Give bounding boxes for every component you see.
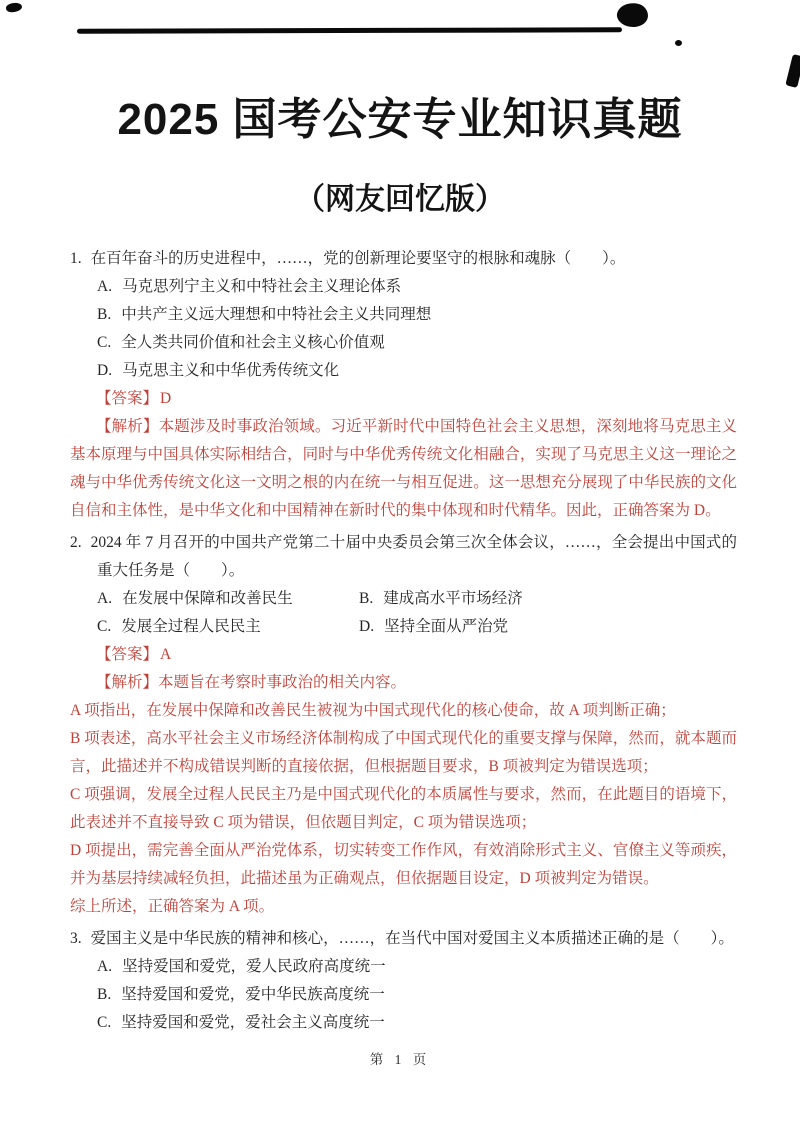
option-label: C.	[97, 1014, 111, 1031]
question-3: 3.爱国主义是中华民族的精神和核心，……，在当代中国对爱国主义本质描述正确的是（…	[70, 925, 737, 1037]
option-label: A.	[97, 590, 112, 607]
option-label: B.	[97, 986, 111, 1003]
question-2-analysis-conclusion: 综上所述，正确答案为 A 项。	[70, 893, 737, 921]
question-2-number: 2.	[70, 534, 82, 551]
analysis-text: 本题涉及时事政治领域。习近平新时代中国特色社会主义思想，深刻地将马克思主义基本原…	[70, 418, 737, 519]
scan-artifact-dot	[675, 40, 682, 46]
question-2-stem-text: 2024 年 7 月召开的中国共产党第二十届中央委员会第三次全体会议，……，全会…	[91, 534, 737, 579]
analysis-label: 【解析】	[96, 418, 159, 435]
option-text: 坚持爱国和爱党，爱中华民族高度统一	[121, 986, 385, 1003]
scan-artifact-edge	[785, 54, 800, 88]
question-3-option-b: B.坚持爱国和爱党，爱中华民族高度统一	[97, 981, 737, 1009]
answer-label: 【答案】	[96, 390, 158, 407]
answer-label: 【答案】	[96, 646, 158, 663]
scan-artifact-streak	[77, 27, 622, 33]
option-text: 在发展中保障和改善民生	[122, 590, 293, 607]
option-text: 中共产主义远大理想和中特社会主义共同理想	[121, 306, 431, 323]
question-2-option-a: A.在发展中保障和改善民生	[97, 585, 359, 613]
page-title: 2025 国考公安专业知识真题	[0, 92, 800, 148]
question-1: 1.在百年奋斗的历史进程中，……，党的创新理论要坚守的根脉和魂脉（ ）。 A.马…	[70, 245, 737, 525]
option-label: D.	[97, 362, 112, 379]
question-2-option-b: B.建成高水平市场经济	[359, 585, 523, 613]
option-label: C.	[97, 334, 111, 351]
question-2-analysis-point-a: A 项指出，在发展中保障和改善民生被视为中国式现代化的核心使命，故 A 项判断正…	[70, 697, 737, 725]
option-text: 发展全过程人民民主	[121, 618, 261, 635]
option-text: 全人类共同价值和社会主义核心价值观	[121, 334, 385, 351]
footer-page-number: 第 1 页	[0, 1048, 800, 1068]
option-text: 坚持爱国和爱党，爱社会主义高度统一	[121, 1014, 385, 1031]
analysis-text: 本题旨在考察时事政治的相关内容。	[158, 674, 406, 691]
question-1-number: 1.	[70, 250, 82, 267]
question-1-option-a: A.马克思列宁主义和中特社会主义理论体系	[97, 273, 737, 301]
question-3-stem-text: 爱国主义是中华民族的精神和核心，……，在当代中国对爱国主义本质描述正确的是（ ）…	[91, 930, 734, 947]
document-page: 2025 国考公安专业知识真题 （网友回忆版） 1.在百年奋斗的历史进程中，………	[0, 0, 800, 1132]
question-2-answer-line: 【答案】A	[70, 641, 737, 669]
option-text: 坚持全面从严治党	[384, 618, 508, 635]
question-3-stem: 3.爱国主义是中华民族的精神和核心，……，在当代中国对爱国主义本质描述正确的是（…	[70, 925, 737, 953]
option-label: C.	[97, 618, 111, 635]
question-2-options: A.在发展中保障和改善民生 B.建成高水平市场经济 C.发展全过程人民民主 D.…	[97, 585, 737, 641]
answer-value: D	[160, 390, 171, 407]
page-subtitle: （网友回忆版）	[0, 180, 800, 220]
question-3-option-a: A.坚持爱国和爱党，爱人民政府高度统一	[97, 953, 737, 981]
question-1-option-b: B.中共产主义远大理想和中特社会主义共同理想	[97, 301, 737, 329]
document-body: 1.在百年奋斗的历史进程中，……，党的创新理论要坚守的根脉和魂脉（ ）。 A.马…	[70, 245, 737, 1037]
scan-artifact-blob	[615, 1, 649, 29]
question-3-option-c: C.坚持爱国和爱党，爱社会主义高度统一	[97, 1009, 737, 1037]
question-3-number: 3.	[70, 930, 82, 947]
option-label: B.	[359, 590, 373, 607]
option-text: 坚持爱国和爱党，爱人民政府高度统一	[122, 958, 386, 975]
question-2-analysis-point-d: D 项提出，需完善全面从严治党体系，切实转变工作作风，有效消除形式主义、官僚主义…	[70, 837, 737, 893]
answer-value: A	[160, 646, 171, 663]
question-1-analysis: 【解析】本题涉及时事政治领域。习近平新时代中国特色社会主义思想，深刻地将马克思主…	[70, 413, 737, 525]
option-text: 建成高水平市场经济	[383, 590, 523, 607]
option-label: D.	[359, 618, 374, 635]
scan-artifact-corner	[5, 2, 22, 14]
question-2-analysis-point-c: C 项强调，发展全过程人民民主乃是中国式现代化的本质属性与要求，然而，在此题目的…	[70, 781, 737, 837]
question-2-analysis-point-b: B 项表述，高水平社会主义市场经济体制构成了中国式现代化的重要支撑与保障，然而，…	[70, 725, 737, 781]
question-1-stem: 1.在百年奋斗的历史进程中，……，党的创新理论要坚守的根脉和魂脉（ ）。	[70, 245, 737, 273]
question-1-stem-text: 在百年奋斗的历史进程中，……，党的创新理论要坚守的根脉和魂脉（ ）。	[91, 250, 626, 267]
question-2-stem: 2.2024 年 7 月召开的中国共产党第二十届中央委员会第三次全体会议，……，…	[70, 529, 737, 585]
option-label: A.	[97, 958, 112, 975]
question-1-option-d: D.马克思主义和中华优秀传统文化	[97, 357, 737, 385]
question-2-option-d: D.坚持全面从严治党	[359, 613, 523, 641]
question-2-option-c: C.发展全过程人民民主	[97, 613, 359, 641]
question-2-analysis-intro: 【解析】本题旨在考察时事政治的相关内容。	[70, 669, 737, 697]
question-1-option-c: C.全人类共同价值和社会主义核心价值观	[97, 329, 737, 357]
question-1-answer-line: 【答案】D	[70, 385, 737, 413]
option-label: B.	[97, 306, 111, 323]
question-2: 2.2024 年 7 月召开的中国共产党第二十届中央委员会第三次全体会议，……，…	[70, 529, 737, 921]
analysis-label: 【解析】	[96, 674, 158, 691]
option-label: A.	[97, 278, 112, 295]
option-text: 马克思主义和中华优秀传统文化	[122, 362, 339, 379]
option-text: 马克思列宁主义和中特社会主义理论体系	[122, 278, 401, 295]
